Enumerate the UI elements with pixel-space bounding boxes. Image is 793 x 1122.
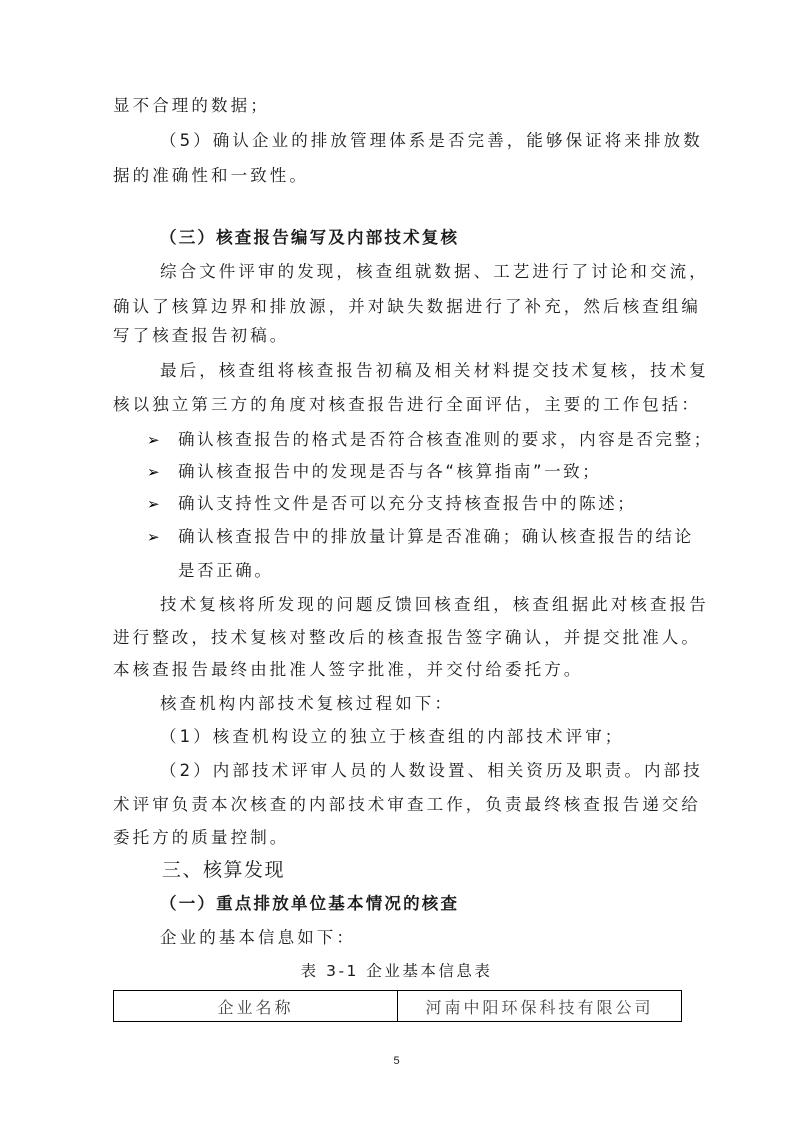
paragraph-line: 核以独立第三方的角度对核查报告进行全面评估，主要的工作包括： — [113, 395, 701, 415]
paragraph-line: 核查机构内部技术复核过程如下： — [160, 694, 454, 714]
numbered-item-continuation: 术评审负责本次核查的内部技术审查工作，负责最终核查报告递交给 — [113, 795, 701, 815]
text-line: 据的准确性和一致性。 — [113, 166, 309, 186]
table-cell-key: 企业名称 — [114, 991, 398, 1022]
text-line: 显不合理的数据； — [113, 96, 270, 116]
text-line: （5）确认企业的排放管理体系是否完善，能够保证将来排放数 — [160, 131, 703, 151]
arrowhead-bullet-icon: ➢ — [147, 430, 160, 450]
page-number: 5 — [0, 1055, 793, 1067]
list-item: 确认支持性文件是否可以充分支持核查报告中的陈述； — [178, 494, 636, 514]
intro-text: 企业的基本信息如下： — [160, 928, 356, 948]
paragraph-line: 确认了核算边界和排放源，并对缺失数据进行了补充，然后核查组编 — [113, 297, 701, 317]
table-cell-value: 河南中阳环保科技有限公司 — [398, 991, 682, 1022]
numbered-item: （2）内部技术评审人员的人数设置、相关资历及职责。内部技 — [160, 761, 703, 781]
arrowhead-bullet-icon: ➢ — [147, 527, 160, 547]
sub-heading: （一）重点排放单位基本情况的核查 — [160, 894, 459, 914]
paragraph-line: 技术复核将所发现的问题反馈回核查组，核查组据此对核查报告 — [160, 595, 709, 615]
paragraph-line: 写了核查报告初稿。 — [113, 326, 289, 346]
table-caption: 表 3-1 企业基本信息表 — [0, 961, 793, 981]
enterprise-info-table: 企业名称 河南中阳环保科技有限公司 — [113, 990, 682, 1022]
paragraph-line: 进行整改，技术复核对整改后的核查报告签字确认，并提交批准人。 — [113, 628, 701, 648]
chapter-heading: 三、核算发现 — [162, 860, 285, 880]
list-item-continuation: 是否正确。 — [178, 561, 274, 581]
numbered-item-continuation: 委托方的质量控制。 — [113, 828, 289, 848]
arrowhead-bullet-icon: ➢ — [147, 494, 160, 514]
list-item: 确认核查报告的格式是否符合核查准则的要求，内容是否完整； — [178, 430, 713, 450]
paragraph-line: 本核查报告最终由批准人签字批准，并交付给委托方。 — [113, 660, 583, 680]
list-item: 确认核查报告中的发现是否与各“核算指南”一致； — [178, 462, 601, 482]
paragraph-line: 综合文件评审的发现，核查组就数据、工艺进行了讨论和交流， — [160, 262, 709, 282]
section-heading: （三）核查报告编写及内部技术复核 — [160, 228, 459, 248]
numbered-item: （1）核查机构设立的独立于核查组的内部技术评审； — [160, 727, 624, 747]
list-item: 确认核查报告中的排放量计算是否准确；确认核查报告的结论 — [178, 527, 694, 547]
paragraph-line: 最后，核查组将核查报告初稿及相关材料提交技术复核，技术复 — [160, 361, 709, 381]
arrowhead-bullet-icon: ➢ — [147, 462, 160, 482]
table-row: 企业名称 河南中阳环保科技有限公司 — [114, 991, 682, 1022]
